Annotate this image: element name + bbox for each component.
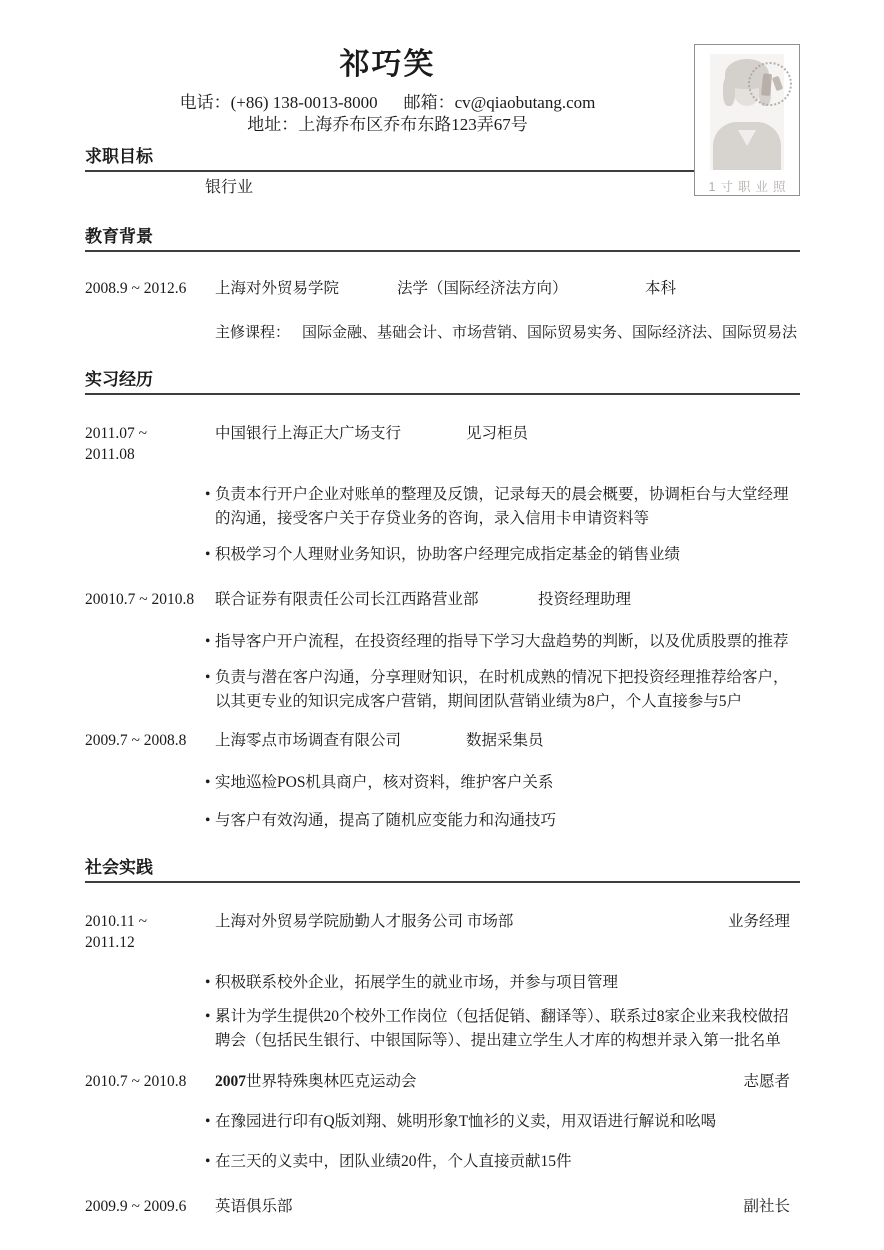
- candidate-name: 祁巧笑: [85, 46, 690, 84]
- section-title-education: 教育背景: [85, 226, 800, 248]
- bullet-dot: •: [205, 483, 215, 531]
- entry-date: 2010.11 ~ 2011.12: [85, 911, 215, 953]
- bullet-dot: •: [205, 771, 215, 795]
- address-value: 上海乔布区乔布东路123弄67号: [298, 115, 528, 134]
- resume-page: 1寸职业照 祁巧笑 电话：(+86) 138-0013-8000邮箱：cv@qi…: [0, 0, 884, 1250]
- internship-entry: 2009.7 ~ 2008.8 上海零点市场调查有限公司 数据采集员: [85, 730, 800, 751]
- email-label: 邮箱：: [404, 93, 455, 112]
- bullet-item: • 实地巡检POS机具商户，核对资料，维护客户关系: [85, 771, 800, 795]
- bullet-item: • 指导客户开户流程，在投资经理的指导下学习大盘趋势的判断，以及优质股票的推荐: [85, 630, 800, 654]
- bullet-dot: •: [205, 1005, 215, 1053]
- section-rule: [85, 393, 800, 395]
- objective-value: 银行业: [85, 178, 800, 198]
- entry-org: 英语俱乐部: [215, 1196, 743, 1217]
- entry-org: 中国银行上海正大广场支行: [215, 423, 466, 444]
- phone-value: (+86) 138-0013-8000: [231, 93, 378, 112]
- bullet-dot: •: [205, 543, 215, 567]
- email-value: cv@qiaobutang.com: [455, 93, 596, 112]
- bullet-item: • 在三天的义卖中，团队业绩20件，个人直接贡献15件: [85, 1150, 800, 1174]
- courses-label: 主修课程：: [215, 323, 290, 343]
- bullet-dot: •: [205, 809, 215, 833]
- section-rule: [85, 250, 800, 252]
- social-entry: 2009.9 ~ 2009.6 英语俱乐部 副社长: [85, 1196, 800, 1217]
- entry-org: 2007世界特殊奥林匹克运动会: [215, 1071, 743, 1092]
- bullet-item: • 负责与潜在客户沟通，分享理财知识，在时机成熟的情况下把投资经理推荐给客户，以…: [85, 666, 800, 714]
- entry-role: 投资经理助理: [538, 589, 631, 610]
- profile-photo: 1寸职业照: [694, 44, 800, 196]
- section-title-social: 社会实践: [85, 857, 800, 879]
- entry-role: 业务经理: [728, 911, 800, 932]
- section-rule: [85, 170, 800, 172]
- entry-role: 见习柜员: [466, 423, 528, 444]
- entry-date: 20010.7 ~ 2010.8: [85, 589, 215, 610]
- entry-org-name: 世界特殊奥林匹克运动会: [246, 1073, 417, 1090]
- silhouette-hair-left: [723, 76, 735, 106]
- bullet-dot: •: [205, 1150, 215, 1174]
- entry-date: 2009.9 ~ 2009.6: [85, 1196, 215, 1217]
- education-degree: 本科: [645, 278, 676, 299]
- section-title-objective: 求职目标: [85, 146, 800, 168]
- bullet-dot: •: [205, 666, 215, 714]
- education-entry: 2008.9 ~ 2012.6 上海对外贸易学院 法学（国际经济法方向） 本科: [85, 278, 800, 299]
- education-major: 法学（国际经济法方向）: [397, 278, 645, 299]
- entry-date: 2009.7 ~ 2008.8: [85, 730, 215, 751]
- resume-header: 祁巧笑 电话：(+86) 138-0013-8000邮箱：cv@qiaobuta…: [85, 46, 690, 136]
- bullet-item: • 积极学习个人理财业务知识，协助客户经理完成指定基金的销售业绩: [85, 543, 800, 567]
- bullet-dot: •: [205, 971, 215, 995]
- entry-org: 上海零点市场调查有限公司: [215, 730, 466, 751]
- section-internship: 实习经历 2011.07 ~ 2011.08 中国银行上海正大广场支行 见习柜员…: [85, 369, 800, 833]
- bullet-item: • 累计为学生提供20个校外工作岗位（包括促销、翻译等）、联系过8家企业来我校做…: [85, 1005, 800, 1053]
- education-courses-row: 主修课程： 国际金融、基础会计、市场营销、国际贸易实务、国际经济法、国际贸易法: [85, 323, 800, 343]
- address-label: 地址：: [247, 115, 298, 134]
- entry-date: 2010.7 ~ 2010.8: [85, 1071, 215, 1092]
- bullet-dot: •: [205, 1110, 215, 1134]
- bullet-item: • 与客户有效沟通，提高了随机应变能力和沟通技巧: [85, 809, 800, 833]
- contact-line: 电话：(+86) 138-0013-8000邮箱：cv@qiaobutang.c…: [85, 92, 690, 114]
- address-line: 地址：上海乔布区乔布东路123弄67号: [85, 114, 690, 136]
- courses-list: 国际金融、基础会计、市场营销、国际贸易实务、国际经济法、国际贸易法: [302, 323, 797, 343]
- bullet-dot: •: [205, 630, 215, 654]
- section-education: 教育背景 2008.9 ~ 2012.6 上海对外贸易学院 法学（国际经济法方向…: [85, 226, 800, 343]
- photo-caption: 1寸职业照: [695, 177, 799, 195]
- section-title-internship: 实习经历: [85, 369, 800, 391]
- entry-org-year: 2007: [215, 1073, 246, 1090]
- entry-org: 上海对外贸易学院励勤人才服务公司 市场部: [215, 911, 728, 932]
- bullet-item: • 负责本行开户企业对账单的整理及反馈，记录每天的晨会概要，协调柜台与大堂经理的…: [85, 483, 800, 531]
- entry-role: 副社长: [743, 1196, 800, 1217]
- entry-role: 志愿者: [743, 1071, 800, 1092]
- entry-org: 联合证券有限责任公司长江西路营业部: [215, 589, 538, 610]
- social-entry: 2010.7 ~ 2010.8 2007世界特殊奥林匹克运动会 志愿者: [85, 1071, 800, 1092]
- entry-date: 2011.07 ~ 2011.08: [85, 423, 215, 465]
- entry-role: 数据采集员: [466, 730, 544, 751]
- section-social: 社会实践 2010.11 ~ 2011.12 上海对外贸易学院励勤人才服务公司 …: [85, 857, 800, 1217]
- internship-entry: 20010.7 ~ 2010.8 联合证券有限责任公司长江西路营业部 投资经理助…: [85, 589, 800, 610]
- bullet-item: • 积极联系校外企业，拓展学生的就业市场，并参与项目管理: [85, 971, 800, 995]
- social-entry: 2010.11 ~ 2011.12 上海对外贸易学院励勤人才服务公司 市场部 业…: [85, 911, 800, 953]
- phone-label: 电话：: [180, 93, 231, 112]
- education-school: 上海对外贸易学院: [215, 278, 397, 299]
- photo-placeholder-image: [710, 54, 784, 170]
- internship-entry: 2011.07 ~ 2011.08 中国银行上海正大广场支行 见习柜员: [85, 423, 800, 465]
- education-date: 2008.9 ~ 2012.6: [85, 278, 215, 299]
- bullet-item: • 在豫园进行印有Q版刘翔、姚明形象T恤衫的义卖，用双语进行解说和吆喝: [85, 1110, 800, 1134]
- section-objective: 求职目标 银行业: [85, 146, 800, 198]
- section-rule: [85, 881, 800, 883]
- silhouette-vneck: [738, 130, 756, 146]
